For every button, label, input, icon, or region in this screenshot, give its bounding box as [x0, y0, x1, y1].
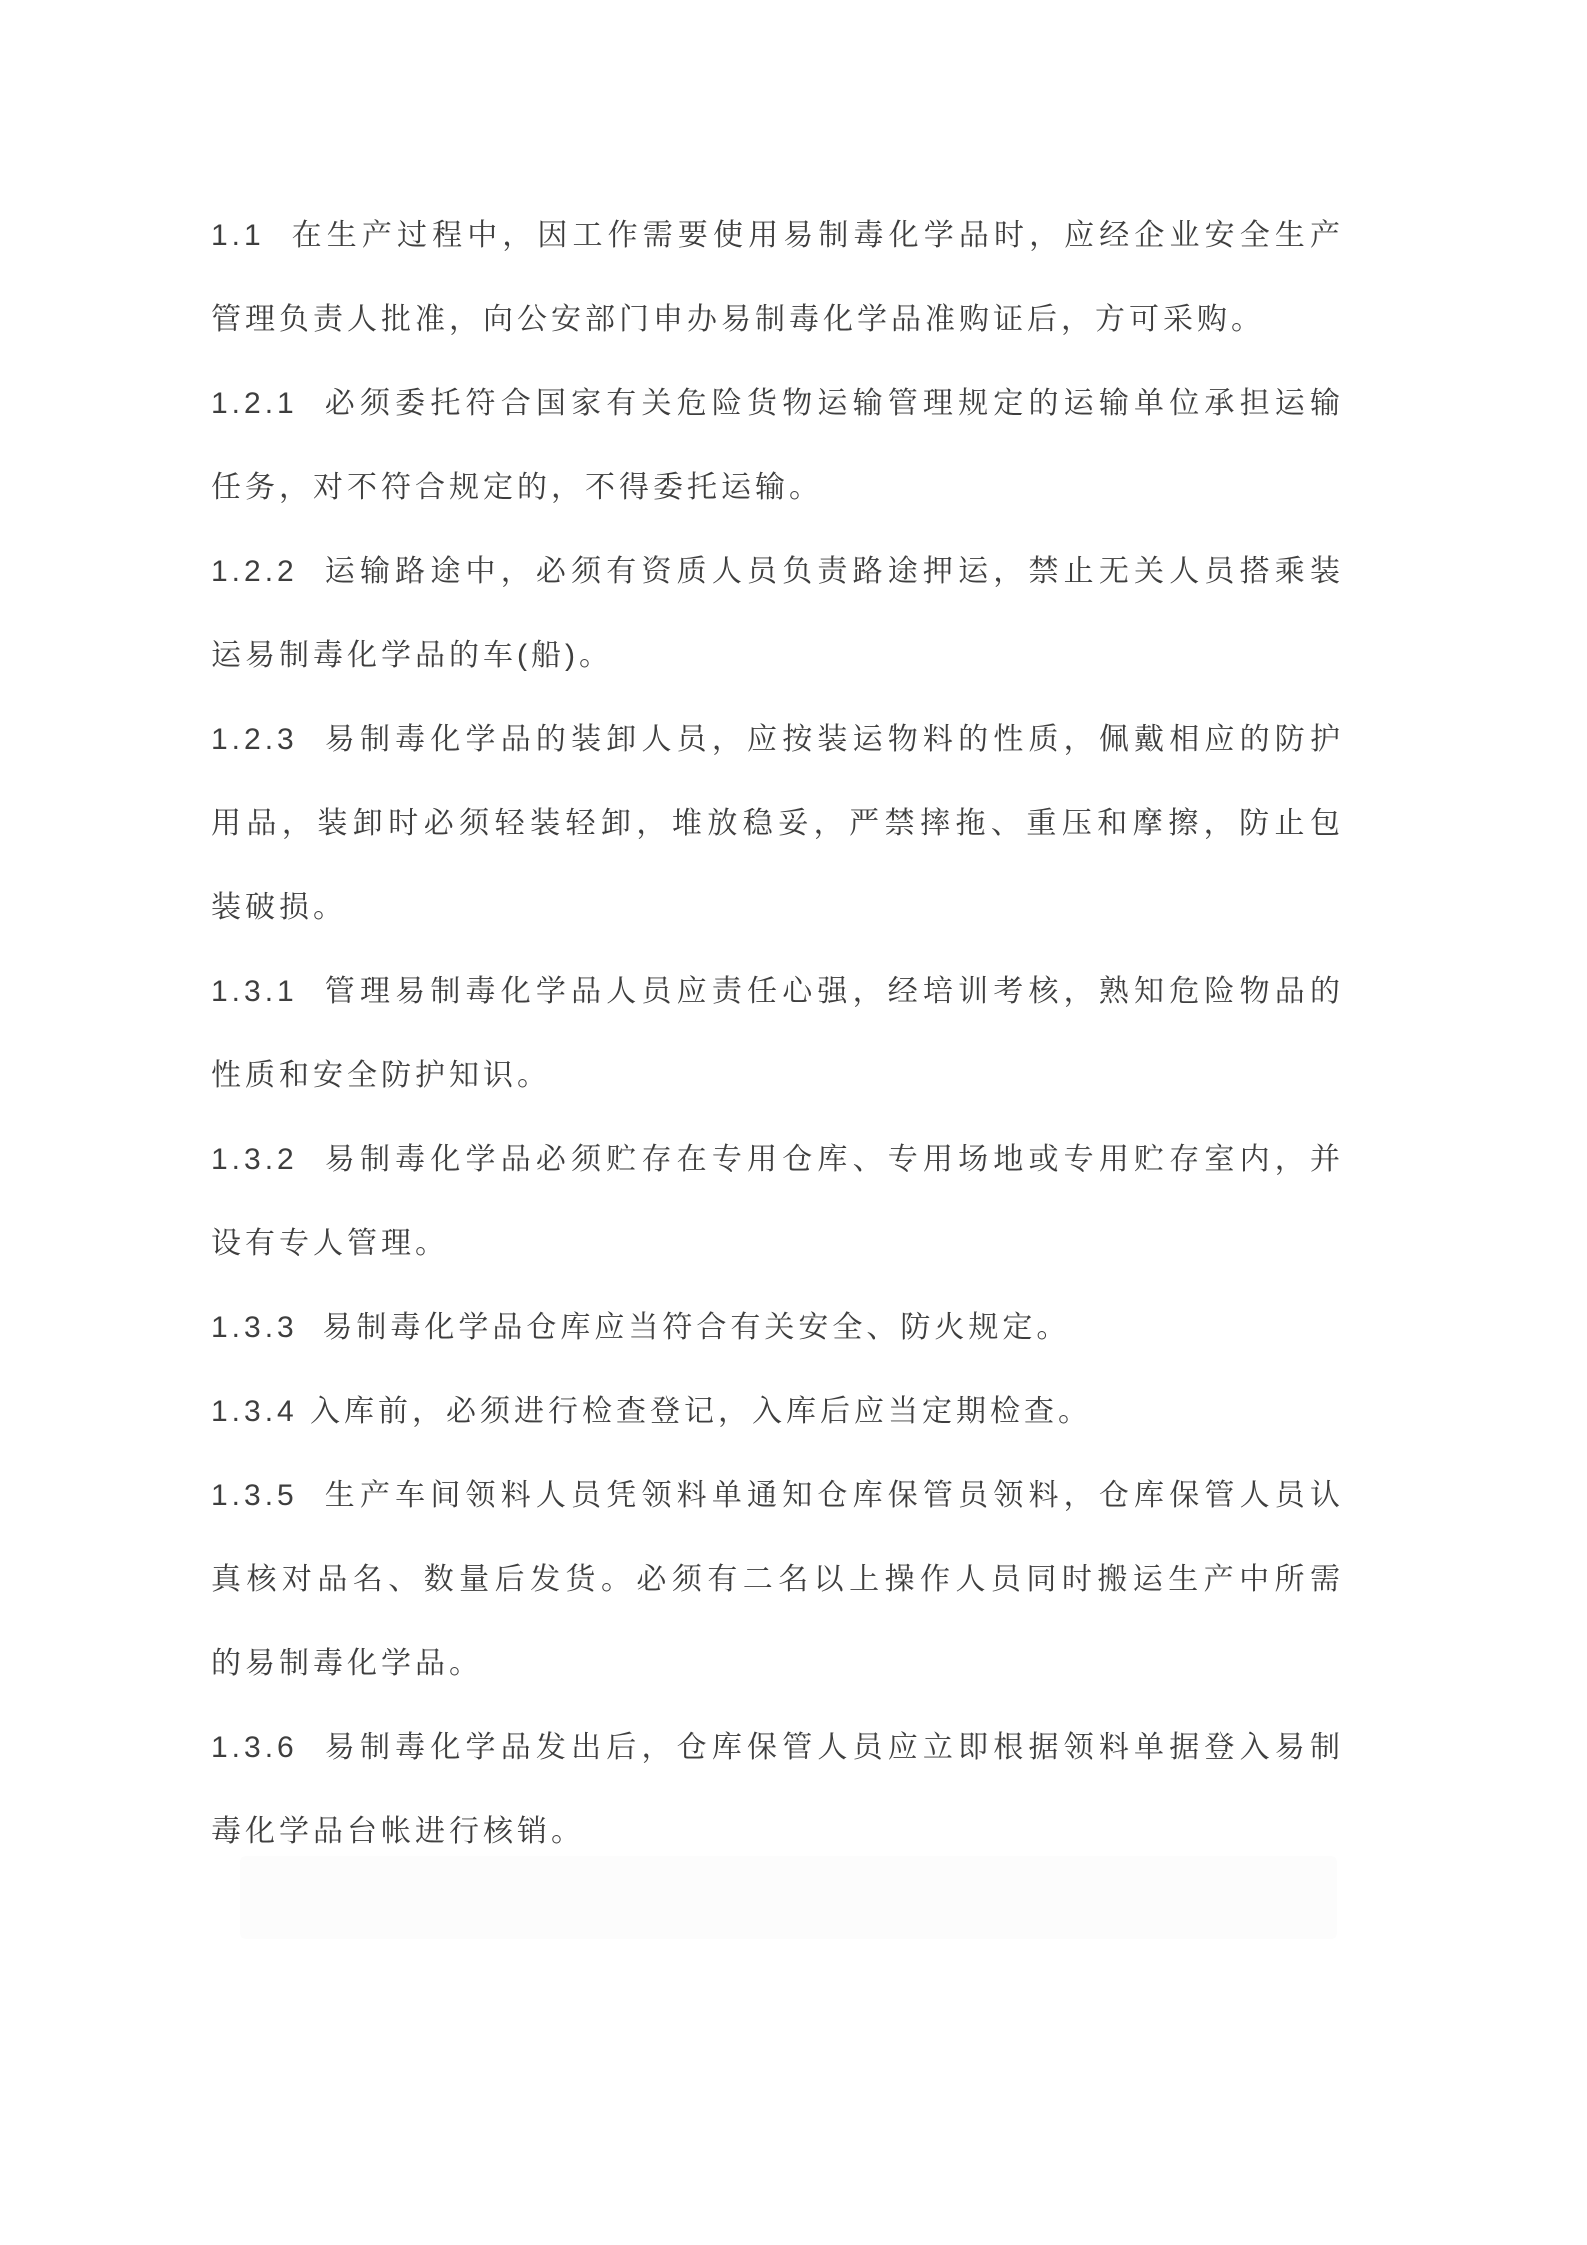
- paragraph-1-3-1: 1.3.1 管理易制毒化学品人员应责任心强，经培训考核，熟知危险物品的性质和安全…: [211, 950, 1344, 1118]
- paragraph-1-3-2: 1.3.2 易制毒化学品必须贮存在专用仓库、专用场地或专用贮存室内，并设有专人管…: [211, 1118, 1344, 1286]
- paragraph-1-3-6: 1.3.6 易制毒化学品发出后，仓库保管人员应立即根据领料单据登入易制毒化学品台…: [211, 1706, 1344, 1874]
- paragraph-1-2-1: 1.2.1 必须委托符合国家有关危险货物运输管理规定的运输单位承担运输任务，对不…: [211, 362, 1344, 530]
- paragraph-1-3-5: 1.3.5 生产车间领料人员凭领料单通知仓库保管员领料，仓库保管人员认真核对品名…: [211, 1454, 1344, 1706]
- paragraph-1-3-3: 1.3.3 易制毒化学品仓库应当符合有关安全、防火规定。: [211, 1286, 1344, 1370]
- paragraph-line: 性质和安全防护知识。: [211, 1034, 1344, 1118]
- paragraph-line: 1.3.3 易制毒化学品仓库应当符合有关安全、防火规定。: [211, 1286, 1344, 1370]
- paragraph-line: 1.3.4 入库前，必须进行检查登记，入库后应当定期检查。: [211, 1370, 1344, 1454]
- paragraph-1-2-3: 1.2.3 易制毒化学品的装卸人员，应按装运物料的性质，佩戴相应的防护用品，装卸…: [211, 698, 1344, 950]
- empty-placeholder-block: [240, 1856, 1337, 1939]
- document-page: 1.1 在生产过程中，因工作需要使用易制毒化学品时，应经企业安全生产管理负责人批…: [0, 0, 1587, 2245]
- paragraph-line: 设有专人管理。: [211, 1202, 1344, 1286]
- paragraph-1-3-4: 1.3.4 入库前，必须进行检查登记，入库后应当定期检查。: [211, 1370, 1344, 1454]
- document-text-block: 1.1 在生产过程中，因工作需要使用易制毒化学品时，应经企业安全生产管理负责人批…: [211, 194, 1344, 1874]
- paragraph-line: 的易制毒化学品。: [211, 1622, 1344, 1706]
- paragraph-line: 管理负责人批准，向公安部门申办易制毒化学品准购证后，方可采购。: [211, 278, 1344, 362]
- paragraph-1-1: 1.1 在生产过程中，因工作需要使用易制毒化学品时，应经企业安全生产管理负责人批…: [211, 194, 1344, 362]
- paragraph-line: 装破损。: [211, 866, 1344, 950]
- paragraph-line: 1.1 在生产过程中，因工作需要使用易制毒化学品时，应经企业安全生产: [211, 194, 1344, 278]
- paragraph-line: 1.3.1 管理易制毒化学品人员应责任心强，经培训考核，熟知危险物品的: [211, 950, 1344, 1034]
- paragraph-line: 1.3.5 生产车间领料人员凭领料单通知仓库保管员领料，仓库保管人员认: [211, 1454, 1344, 1538]
- paragraph-line: 任务，对不符合规定的，不得委托运输。: [211, 446, 1344, 530]
- paragraph-line: 用品，装卸时必须轻装轻卸，堆放稳妥，严禁摔拖、重压和摩擦，防止包: [211, 782, 1344, 866]
- paragraph-line: 1.3.6 易制毒化学品发出后，仓库保管人员应立即根据领料单据登入易制: [211, 1706, 1344, 1790]
- paragraph-line: 1.2.1 必须委托符合国家有关危险货物运输管理规定的运输单位承担运输: [211, 362, 1344, 446]
- paragraph-1-2-2: 1.2.2 运输路途中，必须有资质人员负责路途押运，禁止无关人员搭乘装运易制毒化…: [211, 530, 1344, 698]
- paragraph-line: 运易制毒化学品的车(船)。: [211, 614, 1344, 698]
- paragraph-line: 1.3.2 易制毒化学品必须贮存在专用仓库、专用场地或专用贮存室内，并: [211, 1118, 1344, 1202]
- paragraph-line: 1.2.2 运输路途中，必须有资质人员负责路途押运，禁止无关人员搭乘装: [211, 530, 1344, 614]
- paragraph-line: 1.2.3 易制毒化学品的装卸人员，应按装运物料的性质，佩戴相应的防护: [211, 698, 1344, 782]
- paragraph-line: 真核对品名、数量后发货。必须有二名以上操作人员同时搬运生产中所需: [211, 1538, 1344, 1622]
